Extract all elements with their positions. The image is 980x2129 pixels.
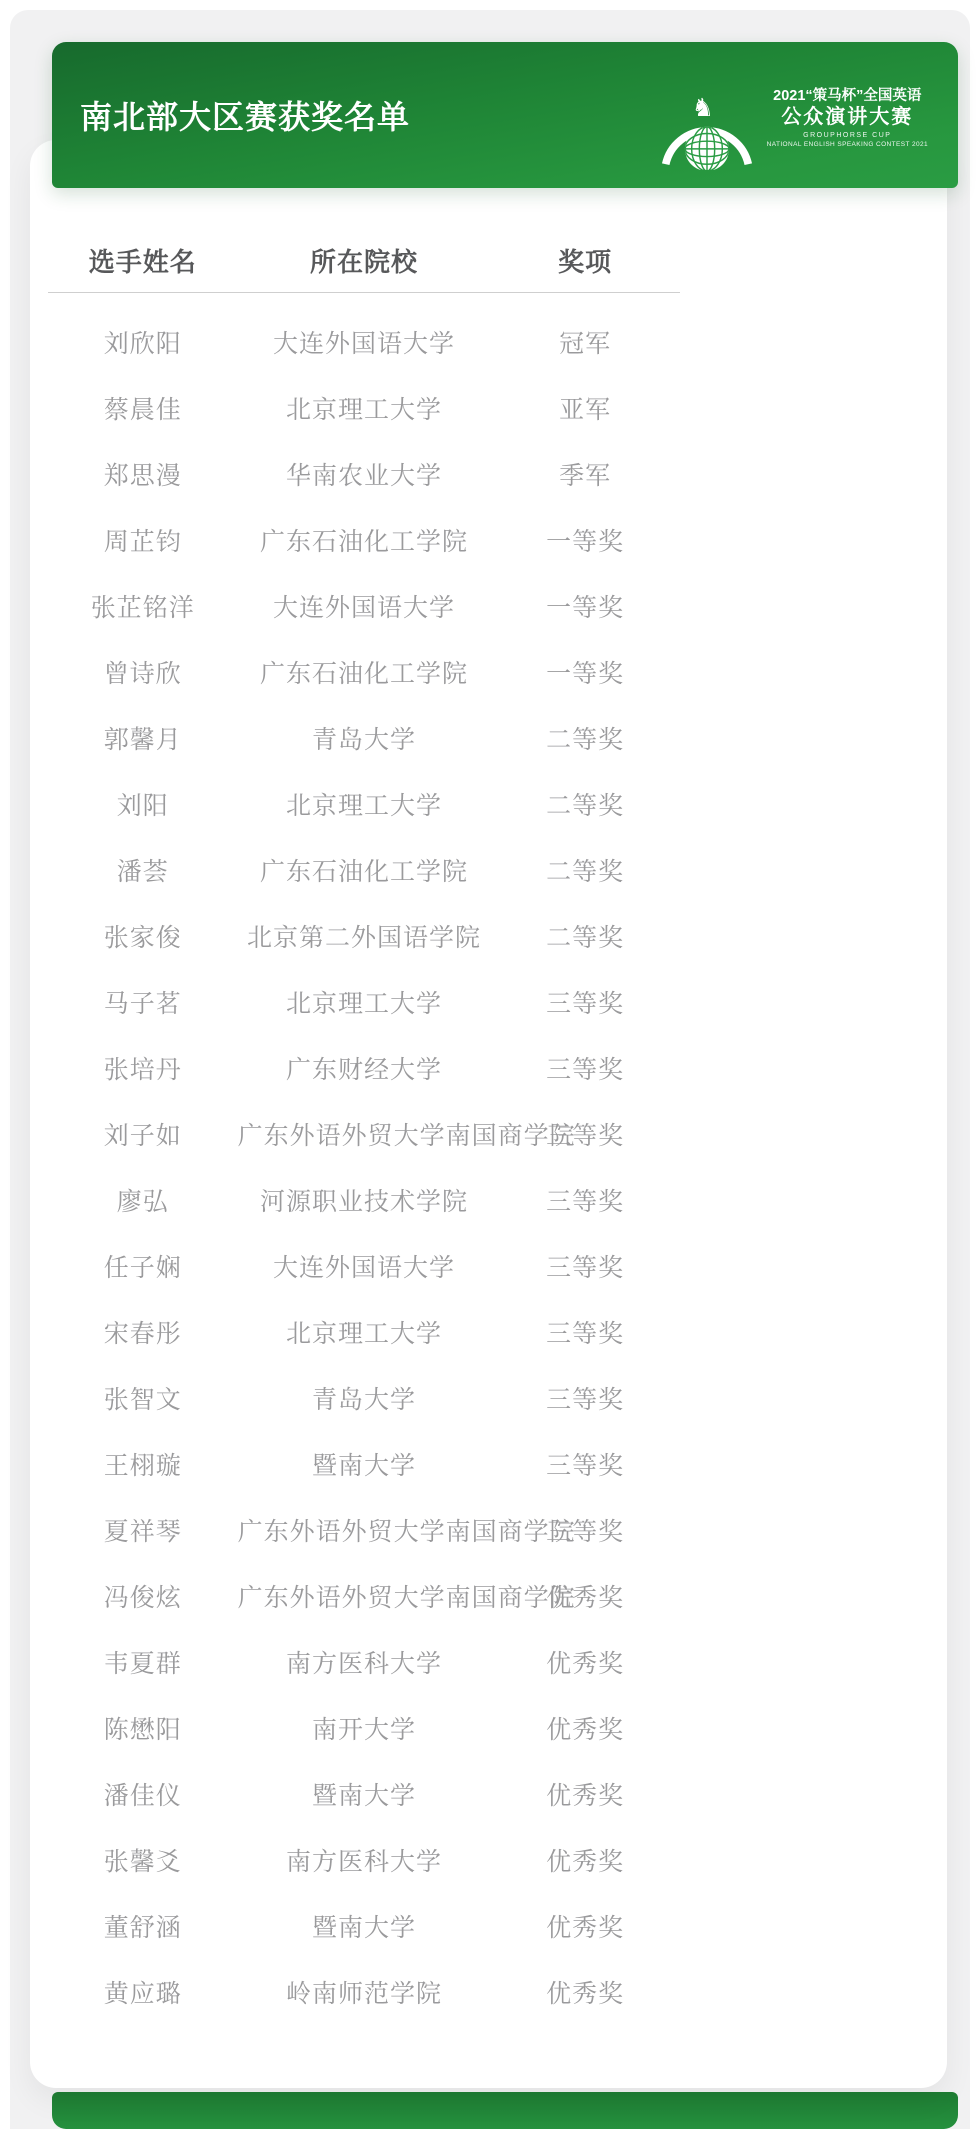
table-row: 夏祥琴 广东外语外贸大学南国商学院 三等奖 xyxy=(48,1497,680,1563)
contestant-name-cell: 夏祥琴 xyxy=(48,1512,238,1548)
contestant-name-cell: 张馨爻 xyxy=(48,1842,238,1878)
table-row: 董舒涵 暨南大学 优秀奖 xyxy=(48,1893,680,1959)
table-row: 郭馨月 青岛大学 二等奖 xyxy=(48,705,680,771)
award-cell: 三等奖 xyxy=(490,1116,680,1152)
table-row: 宋春彤 北京理工大学 三等奖 xyxy=(48,1299,680,1365)
table-row: 潘佳仪 暨南大学 优秀奖 xyxy=(48,1761,680,1827)
award-cell: 二等奖 xyxy=(490,720,680,756)
award-table-body: 刘欣阳 大连外国语大学 冠军 蔡晨佳 北京理工大学 亚军 郑思漫 华南农业大学 … xyxy=(48,293,680,2025)
logo-text-block: 2021“策马杯”全国英语 公众演讲大赛 GROUPHORSE CUP NATI… xyxy=(767,87,928,149)
contestant-name-cell: 潘荟 xyxy=(48,852,238,888)
school-name-cell: 暨南大学 xyxy=(238,1446,491,1482)
svg-text:♞: ♞ xyxy=(691,93,713,122)
table-row: 曾诗欣 广东石油化工学院 一等奖 xyxy=(48,639,680,705)
award-cell: 优秀奖 xyxy=(490,1908,680,1944)
award-cell: 三等奖 xyxy=(490,1314,680,1350)
contestant-name-cell: 韦夏群 xyxy=(48,1644,238,1680)
logo-text-line1: 2021“策马杯”全国英语 xyxy=(767,87,928,105)
column-header-contestant: 选手姓名 xyxy=(48,242,238,279)
award-cell: 季军 xyxy=(490,456,680,492)
table-row: 郑思漫 华南农业大学 季军 xyxy=(48,441,680,507)
table-row: 张培丹 广东财经大学 三等奖 xyxy=(48,1035,680,1101)
school-name-cell: 南开大学 xyxy=(238,1710,491,1746)
school-name-cell: 青岛大学 xyxy=(238,1380,491,1416)
horse-arch-globe-logo-icon: ♞ xyxy=(659,74,755,170)
award-cell: 三等奖 xyxy=(490,1512,680,1548)
school-name-cell: 大连外国语大学 xyxy=(238,1248,491,1284)
logo-text-line3: GROUPHORSE CUP xyxy=(767,132,928,141)
award-cell: 二等奖 xyxy=(490,918,680,954)
award-cell: 三等奖 xyxy=(490,1248,680,1284)
contestant-name-cell: 郭馨月 xyxy=(48,720,238,756)
school-name-cell: 广东石油化工学院 xyxy=(238,522,491,558)
award-cell: 亚军 xyxy=(490,390,680,426)
table-row: 马子茗 北京理工大学 三等奖 xyxy=(48,969,680,1035)
contestant-name-cell: 周芷钧 xyxy=(48,522,238,558)
award-cell: 一等奖 xyxy=(490,588,680,624)
award-cell: 一等奖 xyxy=(490,522,680,558)
school-name-cell: 南方医科大学 xyxy=(238,1644,491,1680)
table-header-row: 选手姓名 所在院校 奖项 xyxy=(48,228,680,292)
contestant-name-cell: 刘子如 xyxy=(48,1116,238,1152)
school-name-cell: 广东财经大学 xyxy=(238,1050,491,1086)
school-name-cell: 广东石油化工学院 xyxy=(238,654,491,690)
contestant-name-cell: 马子茗 xyxy=(48,984,238,1020)
table-row: 刘阳 北京理工大学 二等奖 xyxy=(48,771,680,837)
table-row: 潘荟 广东石油化工学院 二等奖 xyxy=(48,837,680,903)
contestant-name-cell: 董舒涵 xyxy=(48,1908,238,1944)
award-table: 选手姓名 所在院校 奖项 刘欣阳 大连外国语大学 冠军 蔡晨佳 北京理工大学 亚… xyxy=(48,228,680,2025)
contestant-name-cell: 王栩璇 xyxy=(48,1446,238,1482)
contestant-name-cell: 黄应璐 xyxy=(48,1974,238,2010)
school-name-cell: 青岛大学 xyxy=(238,720,491,756)
table-row: 蔡晨佳 北京理工大学 亚军 xyxy=(48,375,680,441)
table-row: 任子娴 大连外国语大学 三等奖 xyxy=(48,1233,680,1299)
contestant-name-cell: 冯俊炫 xyxy=(48,1578,238,1614)
award-cell: 一等奖 xyxy=(490,654,680,690)
contestant-name-cell: 曾诗欣 xyxy=(48,654,238,690)
school-name-cell: 广东石油化工学院 xyxy=(238,852,491,888)
school-name-cell: 暨南大学 xyxy=(238,1776,491,1812)
logo-text-line2: 公众演讲大赛 xyxy=(767,105,928,130)
school-name-cell: 北京理工大学 xyxy=(238,1314,491,1350)
school-name-cell: 北京理工大学 xyxy=(238,984,491,1020)
table-row: 冯俊炫 广东外语外贸大学南国商学院 优秀奖 xyxy=(48,1563,680,1629)
table-row: 张智文 青岛大学 三等奖 xyxy=(48,1365,680,1431)
award-cell: 二等奖 xyxy=(490,786,680,822)
table-row: 王栩璇 暨南大学 三等奖 xyxy=(48,1431,680,1497)
table-row: 廖弘 河源职业技术学院 三等奖 xyxy=(48,1167,680,1233)
contestant-name-cell: 宋春彤 xyxy=(48,1314,238,1350)
school-name-cell: 北京第二外国语学院 xyxy=(238,918,491,954)
column-header-school: 所在院校 xyxy=(238,242,491,279)
award-cell: 优秀奖 xyxy=(490,1842,680,1878)
award-cell: 优秀奖 xyxy=(490,1710,680,1746)
contestant-name-cell: 蔡晨佳 xyxy=(48,390,238,426)
column-header-award: 奖项 xyxy=(490,242,680,279)
contestant-name-cell: 陈懋阳 xyxy=(48,1710,238,1746)
contestant-name-cell: 张智文 xyxy=(48,1380,238,1416)
bottom-green-ribbon xyxy=(52,2092,958,2129)
award-cell: 冠军 xyxy=(490,324,680,360)
school-name-cell: 大连外国语大学 xyxy=(238,588,491,624)
award-cell: 三等奖 xyxy=(490,1050,680,1086)
contestant-name-cell: 任子娴 xyxy=(48,1248,238,1284)
school-name-cell: 河源职业技术学院 xyxy=(238,1182,491,1218)
table-row: 张馨爻 南方医科大学 优秀奖 xyxy=(48,1827,680,1893)
school-name-cell: 大连外国语大学 xyxy=(238,324,491,360)
table-row: 黄应璐 岭南师范学院 优秀奖 xyxy=(48,1959,680,2025)
contest-logo: ♞ 2021“策马杯”全国英语 公 xyxy=(659,60,928,170)
award-cell: 三等奖 xyxy=(490,1380,680,1416)
award-cell: 优秀奖 xyxy=(490,1776,680,1812)
award-cell: 优秀奖 xyxy=(490,1578,680,1614)
school-name-cell: 广东外语外贸大学南国商学院 xyxy=(238,1578,491,1614)
school-name-cell: 北京理工大学 xyxy=(238,786,491,822)
school-name-cell: 华南农业大学 xyxy=(238,456,491,492)
contestant-name-cell: 潘佳仪 xyxy=(48,1776,238,1812)
award-list-card: 选手姓名 所在院校 奖项 刘欣阳 大连外国语大学 冠军 蔡晨佳 北京理工大学 亚… xyxy=(30,140,947,2088)
contestant-name-cell: 张芷铭洋 xyxy=(48,588,238,624)
table-row: 刘子如 广东外语外贸大学南国商学院 三等奖 xyxy=(48,1101,680,1167)
contestant-name-cell: 廖弘 xyxy=(48,1182,238,1218)
school-name-cell: 暨南大学 xyxy=(238,1908,491,1944)
page: 南北部大区赛获奖名单 ♞ xyxy=(0,0,980,2129)
poster-background: 南北部大区赛获奖名单 ♞ xyxy=(10,10,970,2129)
contestant-name-cell: 张家俊 xyxy=(48,918,238,954)
award-cell: 优秀奖 xyxy=(490,1644,680,1680)
contestant-name-cell: 刘阳 xyxy=(48,786,238,822)
award-cell: 二等奖 xyxy=(490,852,680,888)
school-name-cell: 广东外语外贸大学南国商学院 xyxy=(238,1116,491,1152)
contestant-name-cell: 刘欣阳 xyxy=(48,324,238,360)
award-cell: 三等奖 xyxy=(490,1446,680,1482)
table-row: 陈懋阳 南开大学 优秀奖 xyxy=(48,1695,680,1761)
school-name-cell: 广东外语外贸大学南国商学院 xyxy=(238,1512,491,1548)
school-name-cell: 北京理工大学 xyxy=(238,390,491,426)
award-cell: 优秀奖 xyxy=(490,1974,680,2010)
table-row: 韦夏群 南方医科大学 优秀奖 xyxy=(48,1629,680,1695)
school-name-cell: 岭南师范学院 xyxy=(238,1974,491,2010)
table-row: 张家俊 北京第二外国语学院 二等奖 xyxy=(48,903,680,969)
contestant-name-cell: 郑思漫 xyxy=(48,456,238,492)
school-name-cell: 南方医科大学 xyxy=(238,1842,491,1878)
logo-text-line4: NATIONAL ENGLISH SPEAKING CONTEST 2021 xyxy=(767,141,928,149)
contestant-name-cell: 张培丹 xyxy=(48,1050,238,1086)
page-title: 南北部大区赛获奖名单 xyxy=(80,92,410,138)
table-row: 刘欣阳 大连外国语大学 冠军 xyxy=(48,309,680,375)
table-row: 周芷钧 广东石油化工学院 一等奖 xyxy=(48,507,680,573)
title-banner: 南北部大区赛获奖名单 ♞ xyxy=(52,42,958,188)
award-cell: 三等奖 xyxy=(490,1182,680,1218)
table-row: 张芷铭洋 大连外国语大学 一等奖 xyxy=(48,573,680,639)
award-cell: 三等奖 xyxy=(490,984,680,1020)
